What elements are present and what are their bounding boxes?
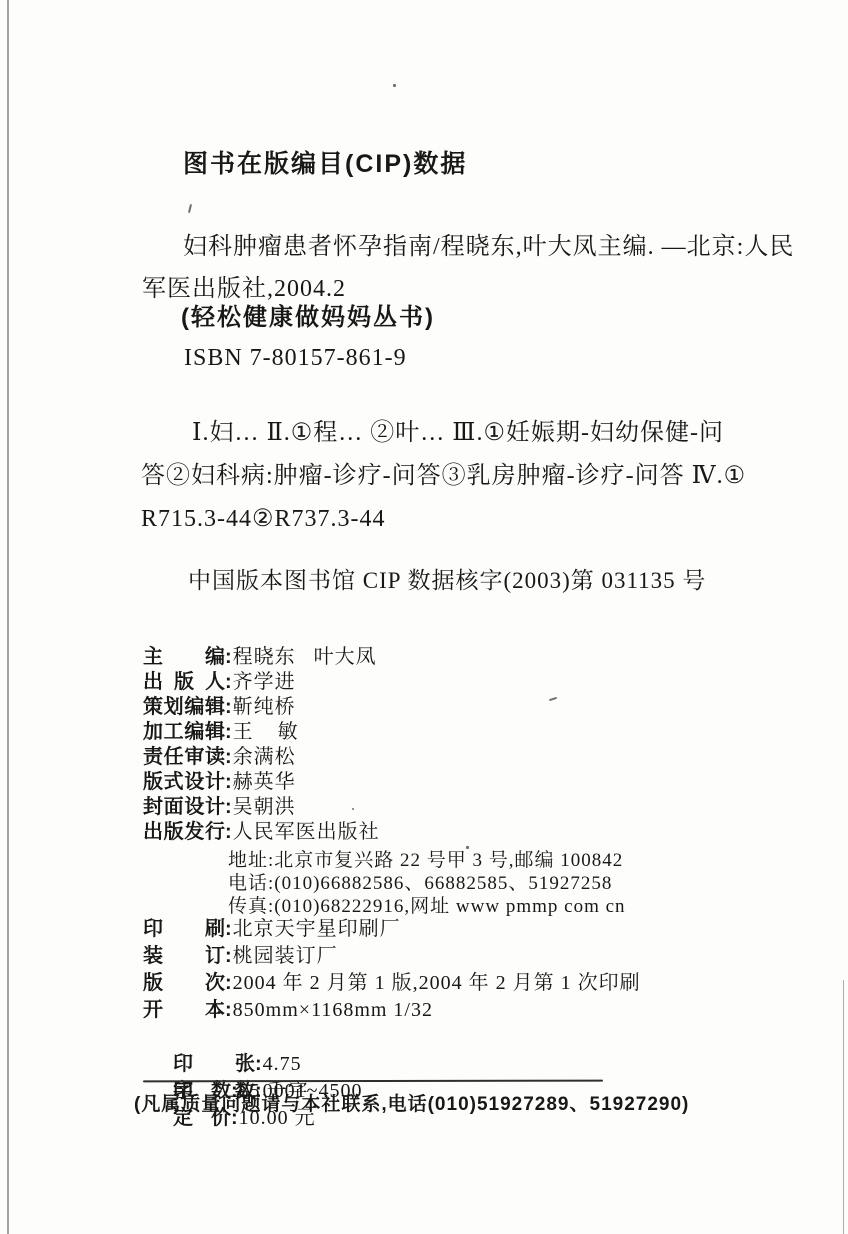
- cip-record-number: 中国版本图书馆 CIP 数据核字(2003)第 031135 号: [188, 567, 706, 596]
- scan-speck: [188, 204, 192, 213]
- row-value: 4.75: [263, 1053, 302, 1075]
- series-note: (轻松健康做妈妈丛书): [181, 303, 435, 333]
- row-label: 出版人: [143, 670, 225, 695]
- row-separator: :: [255, 1053, 263, 1075]
- colophon: 主编:程晓东 叶大凤 出版人:齐学进 策划编辑:靳纯桥 加工编辑:王 敏 责任审…: [143, 645, 823, 1078]
- classification-line-1: Ⅰ.妇… Ⅱ.①程… ②叶… Ⅲ.①妊娠期-妇幼保健-问: [192, 418, 724, 448]
- row-separator: :: [225, 972, 233, 994]
- divider-rule: [143, 1080, 603, 1083]
- row-value: 桃园装订厂: [233, 945, 338, 967]
- classification-line-3: R715.3-44②R737.3-44: [141, 504, 386, 534]
- row-separator: :: [225, 771, 233, 793]
- row-label: 策划编辑: [143, 695, 225, 720]
- row-separator: :: [225, 746, 233, 768]
- row-value: 余满松: [233, 746, 296, 768]
- isbn-number: ISBN 7-80157-861-9: [184, 343, 407, 373]
- sheets-pair: 印张:4.75: [173, 1051, 473, 1078]
- row-separator: :: [225, 696, 233, 718]
- scan-speck: [393, 84, 396, 87]
- row-separator: :: [225, 945, 233, 967]
- footer-quality-note: (凡属质量问题请与本社联系,电话(010)51927289、51927290): [134, 1093, 689, 1117]
- colophon-row-binding: 装订:桃园装订厂: [143, 943, 823, 970]
- row-label: 加工编辑: [143, 720, 225, 745]
- row-value: 靳纯桥: [233, 696, 296, 718]
- cip-header: 图书在版编目(CIP)数据: [183, 149, 467, 180]
- row-value: 北京天宇星印刷厂: [233, 918, 401, 940]
- row-separator: :: [225, 918, 233, 940]
- colophon-row-review: 责任审读:余满松: [143, 745, 823, 770]
- bibliographic-line-1: 妇科肿瘤患者怀孕指南/程晓东,叶大凤主编. —北京:人民: [183, 232, 794, 262]
- row-value: 王 敏: [233, 721, 299, 743]
- colophon-row-printer: 印刷:北京天宇星印刷厂: [143, 916, 823, 943]
- colophon-row-layout-design: 版式设计:赫英华: [143, 770, 823, 795]
- row-separator: :: [225, 721, 233, 743]
- colophon-row-processing-editor: 加工编辑:王 敏: [143, 720, 823, 745]
- publisher-fax-line: 传真:(010)68222916,网址 www pmmp com cn: [143, 895, 823, 918]
- colophon-row-edition: 版次:2004 年 2 月第 1 版,2004 年 2 月第 1 次印刷: [143, 970, 823, 997]
- row-label: 责任审读: [143, 745, 225, 770]
- bibliographic-line-2: 军医出版社,2004.2: [142, 274, 346, 304]
- publisher-address-line: 地址:北京市复兴路 22 号甲 3 号,邮编 100842: [143, 849, 823, 872]
- row-label: 封面设计: [143, 795, 225, 820]
- row-separator: :: [225, 999, 233, 1021]
- row-separator: :: [225, 821, 233, 843]
- row-value: 2004 年 2 月第 1 版,2004 年 2 月第 1 次印刷: [233, 972, 641, 994]
- row-label: 主编: [143, 645, 225, 670]
- row-value: 850mm×1168mm 1/32: [233, 999, 433, 1021]
- colophon-row-publisher: 出版发行:人民军医出版社: [143, 820, 823, 845]
- row-separator: :: [225, 646, 233, 668]
- book-copyright-page: 图书在版编目(CIP)数据 妇科肿瘤患者怀孕指南/程晓东,叶大凤主编. —北京:…: [0, 0, 848, 1234]
- colophon-row-cover-design: 封面设计:吴朝洪: [143, 795, 823, 820]
- row-separator: :: [225, 671, 233, 693]
- classification-line-2: 答②妇科病:肿瘤-诊疗-问答③乳房肿瘤-诊疗-问答 Ⅳ.①: [141, 461, 746, 491]
- row-label: 版次: [143, 970, 225, 997]
- colophon-row-format: 开本:850mm×1168mm 1/32: [143, 997, 823, 1024]
- row-label: 印张: [173, 1051, 255, 1078]
- row-label: 开本: [143, 997, 225, 1024]
- row-value: 程晓东 叶大凤: [233, 646, 377, 668]
- row-label: 版式设计: [143, 770, 225, 795]
- row-label: 出版发行: [143, 820, 225, 845]
- row-value: 吴朝洪: [233, 796, 296, 818]
- row-separator: :: [225, 796, 233, 818]
- colophon-row-chief-editor: 主编:程晓东 叶大凤: [143, 645, 823, 670]
- scan-edge-right: [843, 980, 844, 1234]
- row-value: 齐学进: [233, 671, 296, 693]
- scan-edge-left: [7, 0, 9, 1234]
- row-label: 装订: [143, 943, 225, 970]
- colophon-row-publisher-person: 出版人:齐学进: [143, 670, 823, 695]
- publisher-phone-line: 电话:(010)66882586、66882585、51927258: [143, 872, 823, 895]
- row-value: 赫英华: [233, 771, 296, 793]
- colophon-row-sheets-wordcount: 印张:4.75 字数:85 千字: [143, 1024, 823, 1051]
- colophon-row-planning-editor: 策划编辑:靳纯桥: [143, 695, 823, 720]
- row-label: 印刷: [143, 916, 225, 943]
- row-value: 人民军医出版社: [233, 821, 380, 843]
